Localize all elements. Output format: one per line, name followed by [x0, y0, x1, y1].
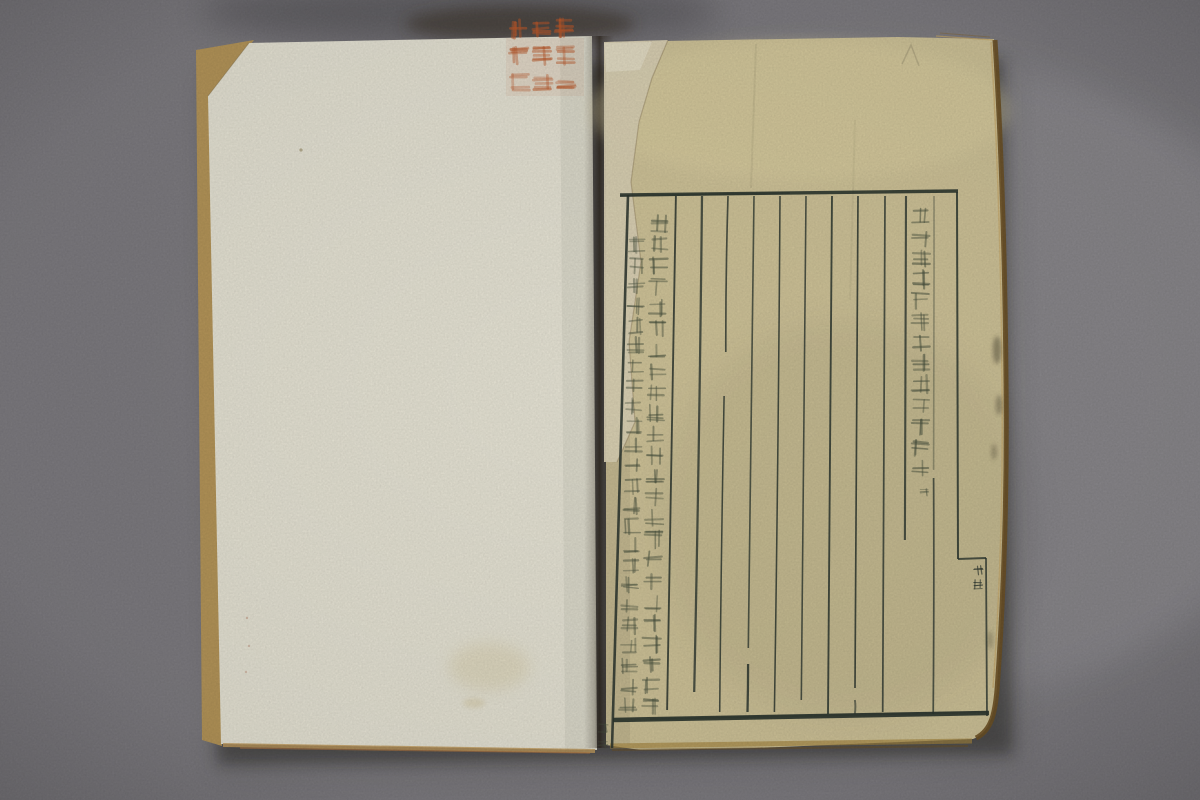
photo-scene — [0, 0, 1200, 800]
vignette — [0, 0, 1200, 800]
book-photo — [0, 0, 1200, 800]
